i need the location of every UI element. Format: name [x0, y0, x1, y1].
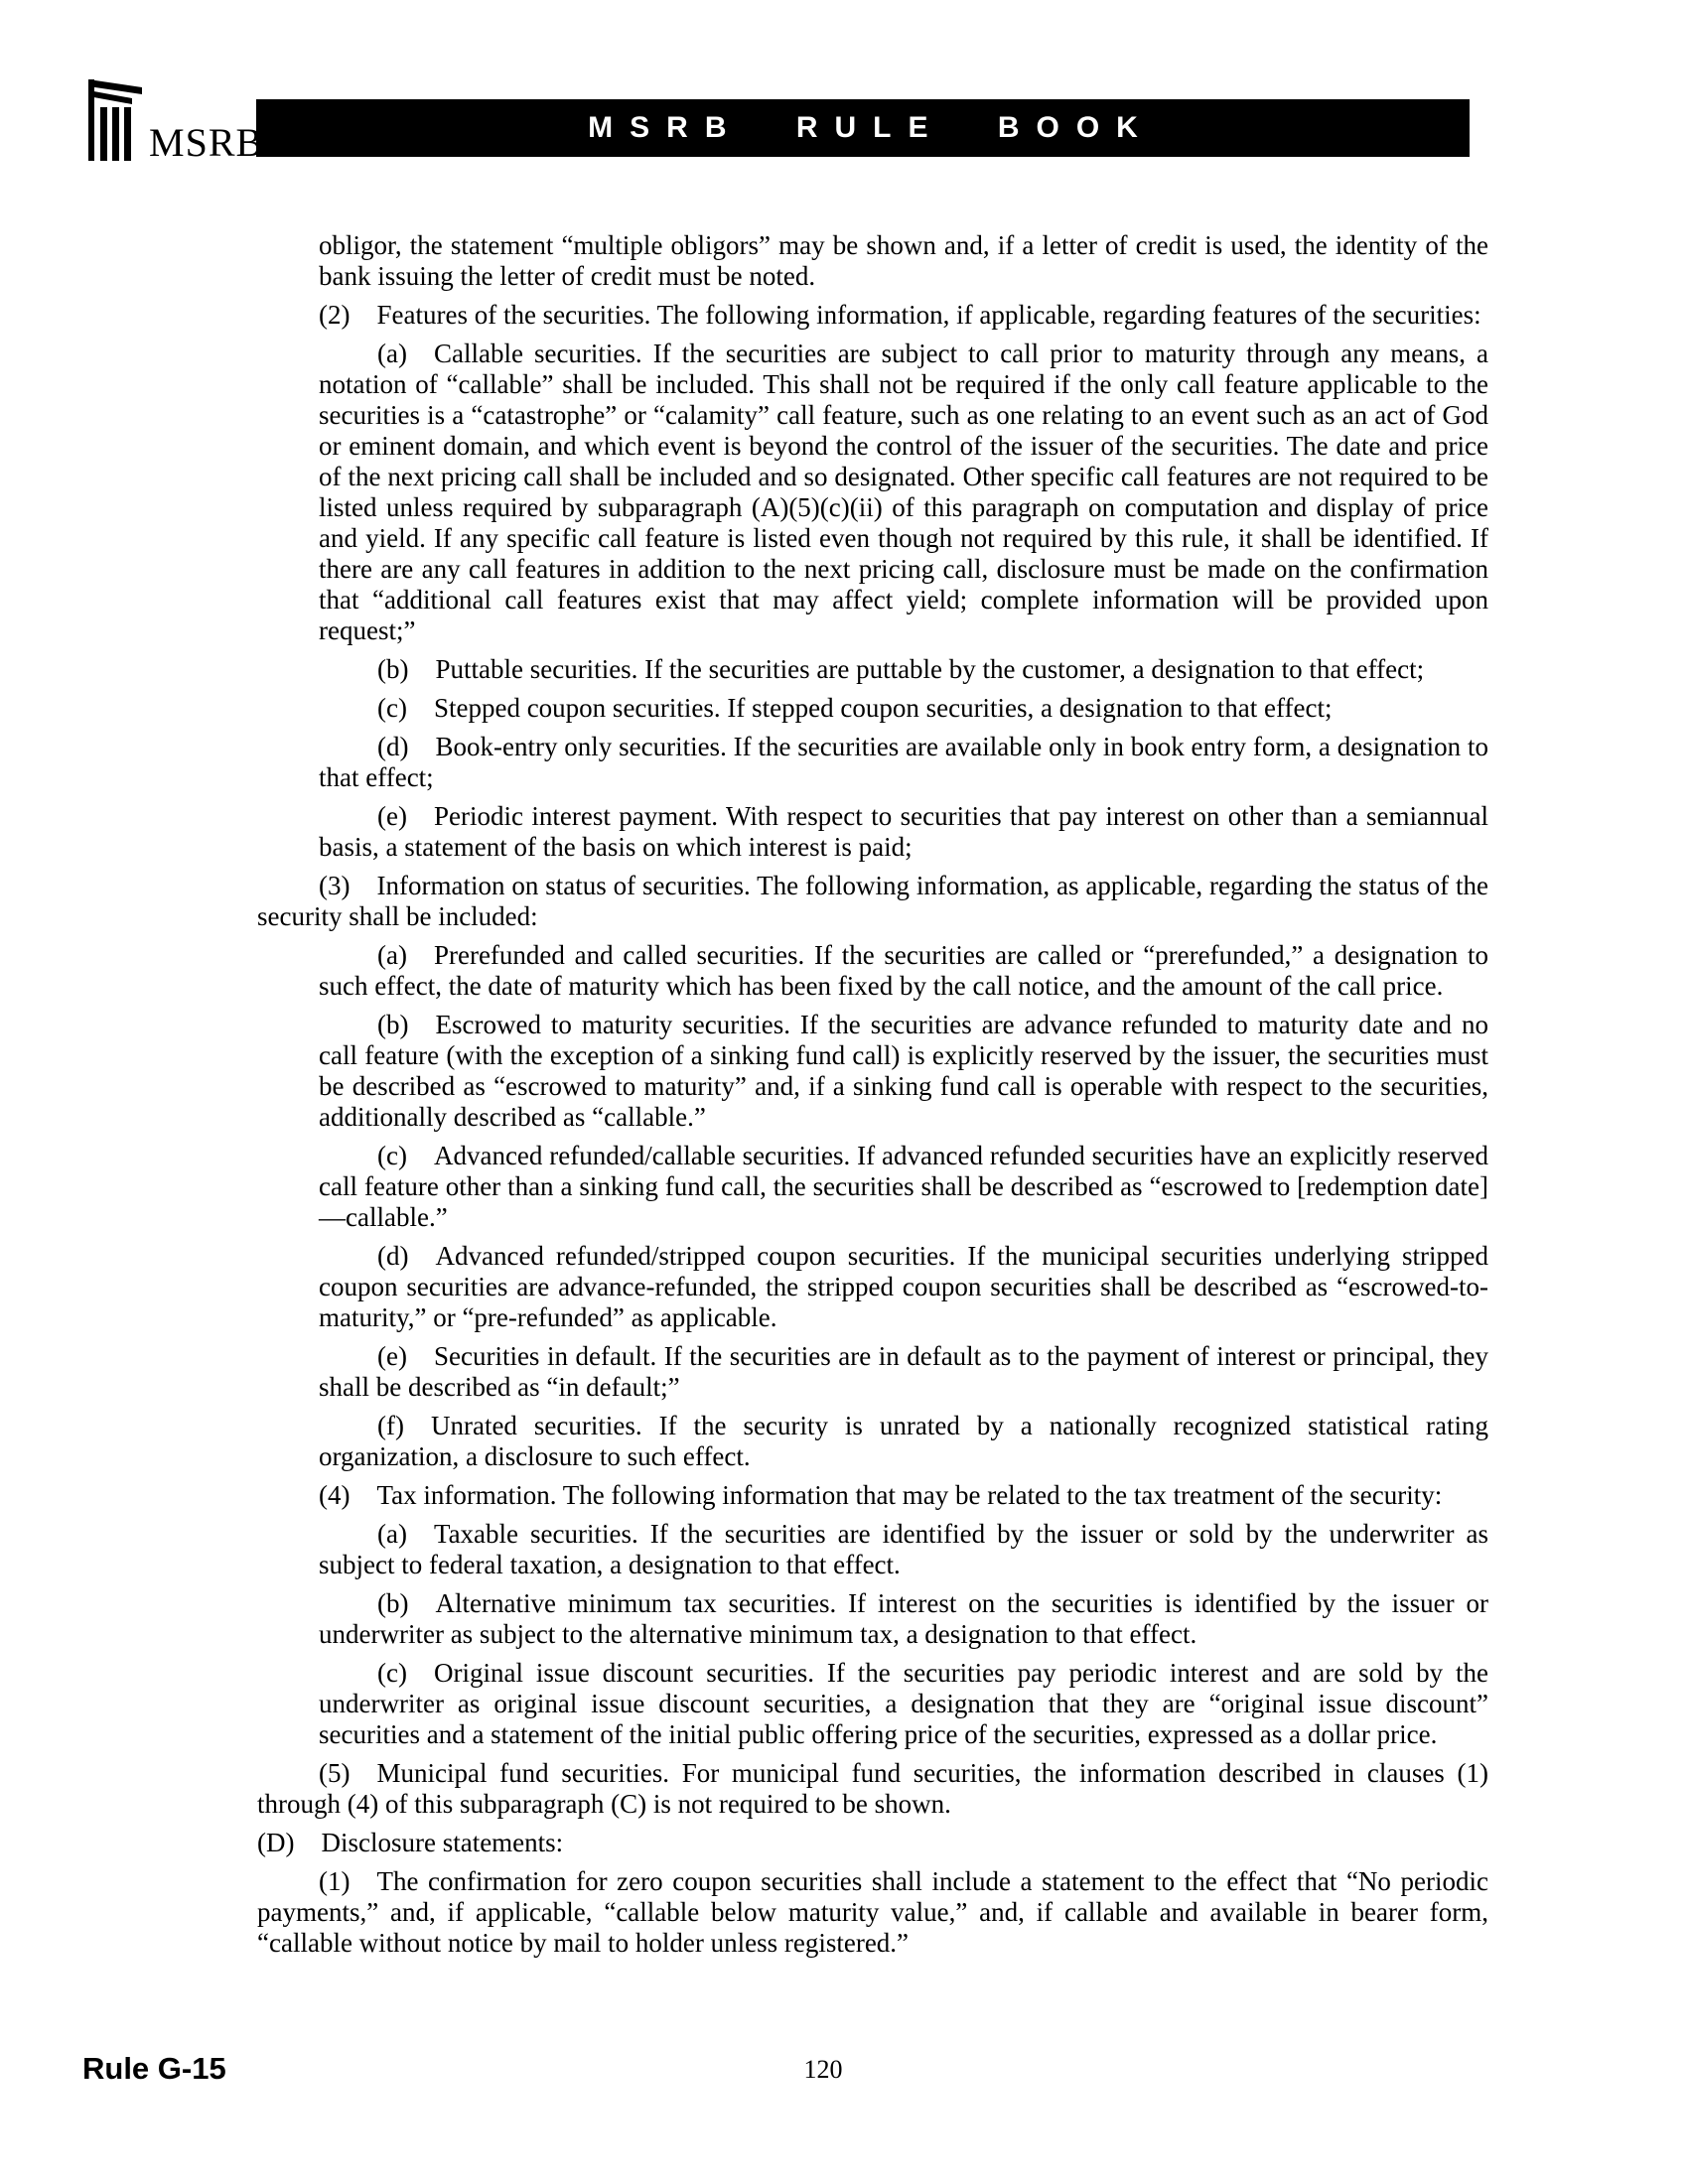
paragraph: (b) Alternative minimum tax securities. …: [319, 1588, 1488, 1650]
paragraph: (a) Prerefunded and called securities. I…: [319, 940, 1488, 1002]
page-title: MSRB RULE BOOK: [571, 111, 1155, 145]
paragraph: (e) Securities in default. If the securi…: [319, 1341, 1488, 1403]
rule-number-label: Rule G-15: [82, 2053, 226, 2084]
paragraph: (2) Features of the securities. The foll…: [257, 300, 1488, 331]
document-page: MSRB MSRB RULE BOOK obligor, the stateme…: [0, 0, 1688, 2184]
paragraph: (1) The confirmation for zero coupon sec…: [257, 1866, 1488, 1959]
paragraph: (a) Taxable securities. If the securitie…: [319, 1519, 1488, 1580]
paragraph: (d) Advanced refunded/stripped coupon se…: [319, 1241, 1488, 1333]
page-number: 120: [257, 2057, 1389, 2083]
paragraph: (c) Advanced refunded/callable securitie…: [319, 1141, 1488, 1233]
paragraph: (D) Disclosure statements:: [257, 1828, 1488, 1858]
paragraph: (c) Original issue discount securities. …: [319, 1658, 1488, 1750]
paragraph: (b) Escrowed to maturity securities. If …: [319, 1010, 1488, 1133]
logo-text: MSRB: [149, 123, 263, 163]
paragraph: (4) Tax information. The following infor…: [257, 1480, 1488, 1511]
header-bar: MSRB RULE BOOK: [256, 99, 1470, 157]
paragraph: (b) Puttable securities. If the securiti…: [319, 654, 1488, 685]
msrb-logo: MSRB: [84, 77, 263, 161]
paragraph: (3) Information on status of securities.…: [257, 871, 1488, 932]
document-body: obligor, the statement “multiple obligor…: [257, 230, 1488, 1959]
paragraph: (c) Stepped coupon securities. If steppe…: [319, 693, 1488, 724]
paragraph: (a) Callable securities. If the securiti…: [319, 339, 1488, 646]
msrb-columns-icon: [84, 77, 146, 161]
paragraph: (5) Municipal fund securities. For munic…: [257, 1758, 1488, 1820]
paragraph: (e) Periodic interest payment. With resp…: [319, 801, 1488, 863]
paragraph: (f) Unrated securities. If the security …: [319, 1411, 1488, 1472]
paragraph: (d) Book-entry only securities. If the s…: [319, 732, 1488, 793]
paragraph: obligor, the statement “multiple obligor…: [319, 230, 1488, 292]
